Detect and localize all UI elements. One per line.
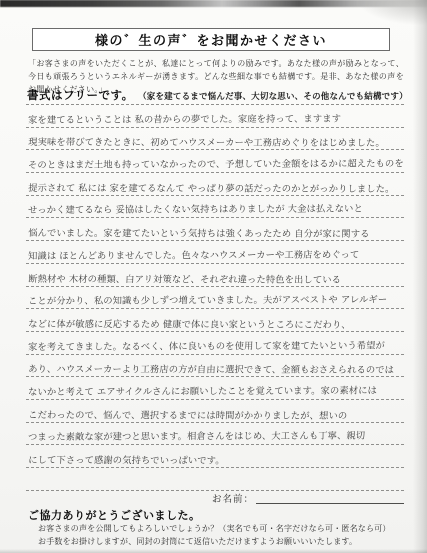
ruled-line: あり、ハウスメーカーより工務店の方が自由に選択できて、金額もおさえられるのでは (26, 355, 404, 378)
ruled-line: つまった素敵な家が建つと思います。相倉さんをはじめ、大工さんも丁寧、親切 (26, 423, 404, 446)
ruled-line: 現実味を帯びてきたときに、初めてハウスメーカーや工務店めぐりをはじめました。 (26, 128, 404, 151)
ruled-line: こだわったので、悩んで、選択するまでには時間がかかりましたが、想いの (26, 400, 404, 423)
handwritten-line: こだわったので、悩んで、選択するまでには時間がかかりましたが、想いの (28, 407, 348, 422)
handwritten-line: にして下さって感謝の気持ちでいっぱいです。 (28, 452, 225, 467)
ruled-line: などに体が敏感に反応するため 健康で体に良い家というところにこだわり、 (26, 309, 404, 332)
handwritten-line: そのときはまだ土地も持っていなかったので、予想していた金額をはるかに超えたものを (28, 155, 404, 171)
ruled-line: 悩んでいました。家を建てたいという気持ちは強くあったため 自分が家に関する (26, 218, 404, 241)
handwritten-line: ことが分かり、私の知識も少しずつ増えていきました。夫がアスベストや アレルギー (28, 292, 387, 308)
handwritten-line: 提示されて 私には 家を建てるなんて やっぱり夢の話だったのかとがっかりしました… (28, 180, 395, 195)
handwritten-line: 家を考えてきました。なるべく、体に良いものを使用して家を建てたいという希望が (28, 337, 385, 353)
testimonial-writing-area: 家を建てるということは 私の昔からの夢でした。家庭を持って、ますます 現実味を帯… (26, 104, 404, 491)
form-title-box: 様の゛生の声゛をお聞かせください (32, 28, 390, 51)
handwritten-line: などに体が敏感に反応するため 健康で体に良い家というところにこだわり、 (28, 316, 351, 331)
ruled-line: にして下さって感謝の気持ちでいっぱいです。 (26, 445, 404, 468)
handwritten-line: あり、ハウスメーカーより工務店の方が自由に選択できて、金額もおさえられるのでは (28, 361, 394, 376)
handwritten-line: ないかと考えて エアサイクルさんにお願いしたことを覚えています。家の素材には (28, 382, 377, 398)
footer-note-publish: お客さまの声を公開してもよろしいでしょうか？（実名でも可・名字だけなら可・匿名な… (38, 522, 408, 535)
name-field-row: お名前： (0, 491, 404, 505)
handwritten-line: 悩んでいました。家を建てたいという気持ちは強くあったため 自分が家に関する (28, 225, 370, 240)
ruled-line: ないかと考えて エアサイクルさんにお願いしたことを覚えています。家の素材には (26, 377, 404, 400)
format-note-main: 書式はフリーです。 (27, 90, 134, 102)
ruled-line: ことが分かり、私の知識も少しずつ増えていきました。夫がアスベストや アレルギー (26, 287, 404, 310)
handwritten-line: つまった素敵な家が建つと思います。相倉さんをはじめ、大工さんも丁寧、親切 (28, 428, 365, 443)
name-field-label: お名前： (212, 495, 254, 505)
scan-artifact-bottom-edge (0, 549, 427, 553)
scan-artifact-right-shadow (413, 0, 427, 553)
handwritten-line: 現実味を帯びてきたときに、初めてハウスメーカーや工務店めぐりをはじめました。 (28, 134, 385, 149)
handwritten-line: 家を建てるということは 私の昔からの夢でした。家庭を持って、ますます (28, 110, 341, 125)
footer-notes: お客さまの声を公開してもよろしいでしょうか？（実名でも可・名字だけなら可・匿名な… (38, 522, 408, 548)
ruled-line: そのときはまだ土地も持っていなかったので、予想していた金額をはるかに超えたものを (26, 150, 404, 173)
name-field-blank (256, 502, 404, 504)
thanks-message: ご協力ありがとうございました。 (28, 507, 201, 523)
ruled-line-empty (26, 468, 404, 491)
footer-note-reply: お手数をお掛けしますが、同封の封筒にて返信いただけますようお願いいいたします。 (38, 535, 408, 548)
handwritten-line: 知識は ほとんどありませんでした。色々なハウスメーカーや工務店をめぐって (28, 246, 359, 261)
ruled-line: 提示されて 私には 家を建てるなんて やっぱり夢の話だったのかとがっかりしました… (26, 173, 404, 196)
ruled-line: 家を建てるということは 私の昔からの夢でした。家庭を持って、ますます (26, 105, 404, 128)
ruled-line: せっかく建てるなら 妥協はしたくない気持ちはありましたが 大金は払えないと (26, 196, 404, 219)
format-note: 書式はフリーです。 （家を建てるまで悩んだ事、大切な思い、その他なんでも結構です… (27, 86, 407, 104)
ruled-line: 家を考えてきました。なるべく、体に良いものを使用して家を建てたいという希望が (26, 332, 404, 355)
ruled-line: 知識は ほとんどありませんでした。色々なハウスメーカーや工務店をめぐって (26, 241, 404, 264)
handwritten-line: せっかく建てるなら 妥協はしたくない気持ちはありましたが 大金は払えないと (28, 201, 363, 216)
form-title: 様の゛生の声゛をお聞かせください (95, 30, 327, 49)
ruled-line: 断熱材や 木材の種類、白アリ対策など、それぞれ違った特色を出している (26, 264, 404, 287)
format-note-detail: （家を建てるまで悩んだ事、大切な思い、その他なんでも結構です） (138, 91, 408, 101)
handwritten-line: 断熱材や 木材の種類、白アリ対策など、それぞれ違った特色を出している (28, 271, 341, 286)
